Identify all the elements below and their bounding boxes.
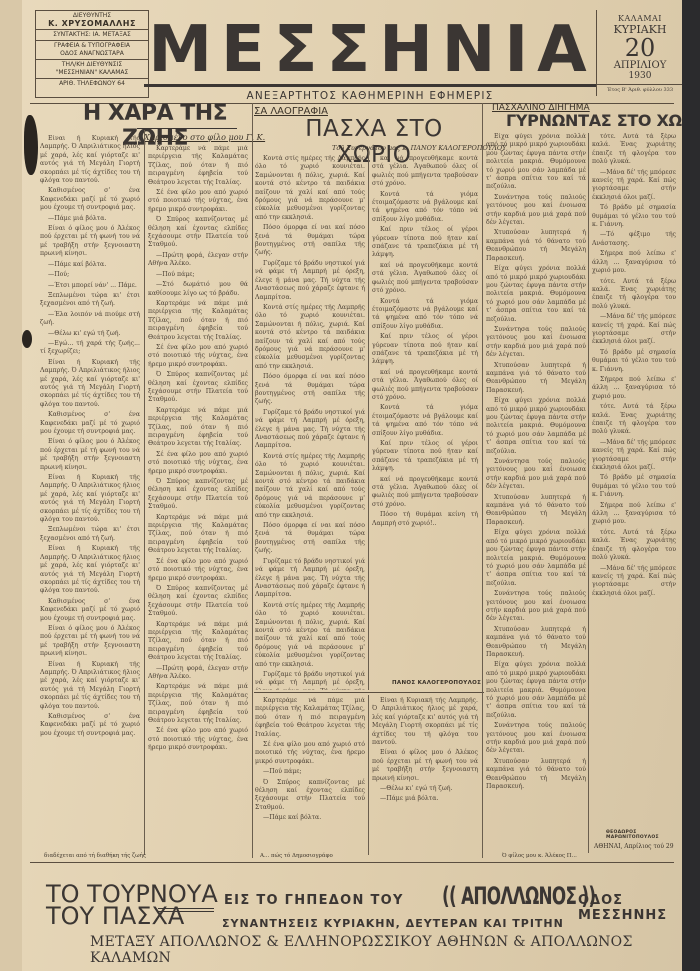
article-column: τότε. Αυτά τά ξέρω καλά. Ένας χωριάτης έ…: [592, 133, 676, 813]
paragraph: Είχα φύγει χρόνια πολλά από τό μικρό μικ…: [486, 133, 586, 192]
paragraph: Καθισμένος σ' ένα Καφενεδάκι μαζί μέ τό …: [40, 598, 140, 623]
article-column: Κοντά στίς ημέρες τής Λαμπρής όλο τό χωρ…: [255, 155, 365, 690]
paragraph: τότε. Αυτά τά ξέρω καλά. Ένας χωριάτης έ…: [592, 529, 676, 563]
paragraph: Σέ ένα φίλο μου από χωριό στό ποιοτικό τ…: [148, 344, 248, 369]
year: 1930: [597, 71, 682, 81]
paragraph: Καρτεράμε νά πάμε μιά περιέργεια τής Καλ…: [148, 683, 248, 725]
continuation-footer: διαδέχεται από τή διαθήκη τής ζωής: [44, 853, 146, 859]
paragraph: Σέ ένα φίλο μου από χωριό στό ποιοτικό τ…: [148, 189, 248, 214]
paragraph: Ό Σπύρος καπνίζοντας μέ θέληση καί έχοντ…: [148, 216, 248, 250]
paragraph: —Πού;: [40, 271, 140, 279]
paragraph: Σήμερα πού λείπω ε' άλλη ... ξαναγύρισα …: [592, 502, 676, 527]
paragraph: καί νά προγευθήκαμε κοντά στά γέλια. Άγα…: [372, 262, 478, 296]
title-rule: [137, 128, 237, 129]
month: ΑΠΡΙΛΙΟΥ: [597, 60, 682, 71]
paragraph: Πόσο όμορφα εί ναι καί πόσο ξενά τά θυμά…: [255, 373, 365, 407]
paragraph: Χτυπούσαν λυπητερά ή καμπάνα γιά τό θάνα…: [486, 362, 586, 396]
ad-street: ΟΔΟΣ ΜΕΣΣΗΝΗΣ: [578, 893, 682, 923]
dateline: ΑΘΗΝΑΙ, Απρίλιος τού 29: [594, 843, 674, 850]
column-rule: [368, 150, 369, 690]
paragraph: Πόσο όμορφα εί ναι καί πόσο ξενά τά θυμά…: [255, 224, 365, 258]
paragraph: Τό βράδυ μέ σημασία θυμάμαι τό γέλιο του…: [592, 204, 676, 229]
paragraph: Κοντά στίς ημέρες τής Λαμπρής όλο τό χωρ…: [255, 453, 365, 520]
paragraph: —Πού πάμε;: [148, 271, 248, 279]
paragraph: καί νά προγευθήκαμε κοντά στά γέλια. Άγα…: [372, 155, 478, 189]
paragraph: Καθισμένος σ' ένα Καφενεδάκι μαζί μέ τό …: [40, 713, 140, 738]
paragraph: Καρτεράμε νά πάμε μιά περιέργεια τής Καλ…: [148, 621, 248, 663]
paragraph: —Τό φέξιμο τής Ανάστασης.: [592, 231, 676, 248]
paragraph: Συνάντησα τούς παλιούς γειτόνους μου καί…: [486, 722, 586, 756]
paragraph: Συνάντησα τούς παλιούς γειτόνους μου καί…: [486, 326, 586, 360]
paragraph: —Έλα λοιπόν νά πιούμε στή ζωή.: [40, 311, 140, 328]
paragraph: Σέ ένα φίλο μου από χωριό στό ποιοτικό τ…: [255, 741, 365, 766]
paragraph: —Μάνα δέ' τής μπόρεσε κανείς τή χαρά. Κα…: [592, 439, 676, 473]
paragraph: Καί πριν τέλος οί γέροι γύρευαν τίποτα π…: [372, 226, 478, 260]
paragraph: Σήμερα πού λείπω ε' άλλη ... ξαναγύρισα …: [592, 376, 676, 401]
telegraph-label: ΤΗΛ/ΚΗ ΔΙΕΥΘΥΝΣΙΣ: [36, 61, 148, 69]
paragraph: Καρτεράμε νά πάμε μιά περιέργεια τής Καλ…: [255, 697, 365, 739]
article-divider: [254, 692, 484, 693]
paragraph: Καρτεράμε νά πάμε μιά περιέργεια τής Καλ…: [148, 407, 248, 449]
offices-street: ΟΔΟΣ ΑΝΑΓΝΩΣΤΑΡΑ: [36, 50, 148, 58]
paragraph: Είναι ή Κυριακή τής Λαμπρής. Ό Απριλιάτι…: [40, 661, 140, 711]
paragraph: —Πρώτη φορά, έλεγαν στήν Αθήνα Άλέκο.: [148, 252, 248, 269]
article-column: Είχα φύγει χρόνια πολλά από τό μικρό μικ…: [486, 133, 586, 833]
paragraph: Γυρίζαμε τό βράδυ νηστικοί γιά νά φάμε τ…: [255, 260, 365, 302]
paragraph: Ξεπλωμένοι τώρα κι' έτσι ξεχασμένοι από …: [40, 292, 140, 309]
ad-club-name: (( ΑΠΟΛΛΩΝΟΣ )): [442, 882, 595, 910]
paragraph: Κοντά στίς ημέρες τής Λαμπρής όλο τό χωρ…: [255, 155, 365, 222]
article-column: Καρτεράμε νά πάμε μιά περιέργεια τής Καλ…: [148, 145, 248, 855]
paragraph: Είχα φύγει χρόνια πολλά από τό μικρό μικ…: [486, 397, 586, 456]
article-column: Είναι ή Κυριακή τής Λαμπρής. Ό Απριλιάτι…: [40, 135, 140, 855]
paragraph: Κοντά τά γιόμα έτοιμαζόμαστε νά βγάλουμε…: [372, 191, 478, 225]
ad-headline: ΤΟ ΤΟΥΡΝΟΥΑ ΤΟΥ ΠΑΣΧΑ: [46, 883, 218, 927]
paragraph: Καθισμένος σ' ένα Καφενεδάκι μαζί μέ τό …: [40, 411, 140, 436]
paragraph: Καί πριν τέλος οί γέροι γύρευαν τίποτα π…: [372, 440, 478, 474]
ink-stain: [22, 330, 32, 348]
paragraph: Είναι ό φίλος μου ό Άλέκος πού έρχεται μ…: [40, 438, 140, 472]
masthead-date-box: ΚΑΛΑΜΑΙ ΚΥΡΙΑΚΗ 20 ΑΠΡΙΛΙΟΥ 1930 Έτος Β'…: [596, 10, 682, 96]
paragraph: τότε. Αυτά τά ξέρω καλά. Ένας χωριάτης έ…: [592, 403, 676, 437]
paragraph: Είναι ή Κυριακή τής Λαμπρής. Ό Απριλιάτι…: [372, 697, 478, 747]
day-number: 20: [597, 36, 682, 60]
paragraph: Συνάντησα τούς παλιούς γειτόνους μου καί…: [486, 194, 586, 228]
page-margin: [0, 0, 22, 971]
paragraph: Κοντά στίς ημέρες τής Λαμπρής όλο τό χωρ…: [255, 602, 365, 669]
paragraph: —Πάμε μιά βόλτα.: [40, 215, 140, 223]
paragraph: Τό βράδυ μέ σημασία θυμάμαι τό γέλιο του…: [592, 349, 676, 374]
ad-schedule: ΣΥΝΑΝΤΗΣΕΙΣ ΚΥΡΙΑΚΗΝ, ΔΕΥΤΕΡΑΝ ΚΑΙ ΤΡΙΤΗ…: [222, 917, 564, 930]
paragraph: Χτυπούσαν λυπητερά ή καμπάνα γιά τό θάνα…: [486, 494, 586, 528]
paragraph: Είναι ό φίλος μου ό Άλέκος πού έρχεται μ…: [372, 749, 478, 783]
paragraph: —Μάνα δέ' τής μπόρεσε κανείς τή χαρά. Κα…: [592, 313, 676, 347]
paragraph: Ό Σπύρος καπνίζοντας μέ θέληση καί έχοντ…: [148, 371, 248, 405]
ad-teams: ΜΕΤΑΞΥ ΑΠΟΛΛΩΝΟΣ & ΕΛΛΗΝΟΡΩΣΣΙΚΟΥ ΑΘΗΝΩΝ…: [90, 934, 682, 966]
column-rule: [368, 695, 369, 855]
paragraph: Σέ ένα φίλο μου από χωριό στό ποιοτικό τ…: [148, 558, 248, 583]
continuation-column: Καρτεράμε νά πάμε μιά περιέργεια τής Καλ…: [255, 697, 365, 852]
ad-rule: [158, 911, 214, 912]
paragraph: Τό βράδυ μέ σημασία θυμάμαι τό γέλιο του…: [592, 474, 676, 499]
continuation-footer: Ό φίλος μου κ. Άλέκος Π...: [502, 853, 577, 859]
column-rule: [252, 103, 253, 858]
editor-name: ΣΥΝΤΑΚΤΗΣ: ΙΑ. ΜΕΤΑΞΑΣ: [36, 30, 148, 41]
paragraph: Είχα φύγει χρόνια πολλά από τό μικρό μικ…: [486, 661, 586, 720]
paragraph: Καρτεράμε νά πάμε μιά περιέργεια τής Καλ…: [148, 145, 248, 187]
city: ΚΑΛΑΜΑΙ: [597, 14, 682, 23]
column-rule: [144, 130, 145, 855]
paragraph: Ξεπλωμένοι τώρα κι' έτσι ξεχασμένοι από …: [40, 526, 140, 543]
paragraph: —Θέλω κι' εγώ τή ζωή.: [40, 330, 140, 338]
paragraph: Ό Σπύρος καπνίζοντας μέ θέληση καί έχοντ…: [148, 585, 248, 619]
paragraph: —Στό δωμάτιό μου θά καθίσουμε λίγο ως τό…: [148, 281, 248, 298]
director-name: Κ. ΧΡΥΣΟΜΑΛΛΗΣ: [36, 20, 148, 28]
article-column: καί νά προγευθήκαμε κοντά στά γέλια. Άγα…: [372, 155, 478, 655]
paragraph: Σέ ένα φίλο μου από χωριό στό ποιοτικό τ…: [148, 727, 248, 752]
ad-rule: [158, 908, 214, 909]
newspaper-page: ΔΙΕΥΘΥΝΤΗΣ Κ. ΧΡΥΣΟΜΑΛΛΗΣ ΣΥΝΤΑΚΤΗΣ: ΙΑ.…: [22, 0, 682, 971]
column-rule: [588, 133, 589, 853]
paragraph: Κοντά στίς ημέρες τής Λαμπρής όλο τό χωρ…: [255, 304, 365, 371]
author-signature: ΠΑΝΟΣ ΚΑΛΟΓΕΡΟΠΟΥΛΟΣ: [392, 680, 481, 686]
paragraph: Συνάντησα τούς παλιούς γειτόνους μου καί…: [486, 590, 586, 624]
paragraph: Χτυπούσαν λυπητερά ή καμπάνα γιά τό θάνα…: [486, 758, 586, 792]
paragraph: καί νά προγευθήκαμε κοντά στά γέλια. Άγα…: [372, 369, 478, 403]
masthead-title-box: ΜΕΣΣΗΝΙΑ ΑΝΕΞΑΡΤΗΤΟΣ ΚΑΘΗΜΕΡΙΝΗ ΕΦΗΜΕΡΙΣ: [138, 14, 608, 100]
masthead-info-box: ΔΙΕΥΘΥΝΤΗΣ Κ. ΧΡΥΣΟΜΑΛΛΗΣ ΣΥΝΤΑΚΤΗΣ: ΙΑ.…: [35, 10, 149, 98]
paragraph: καί νά προγευθήκαμε κοντά στά γέλια. Άγα…: [372, 476, 478, 510]
paragraph: Είχα φύγει χρόνια πολλά από τό μικρό μικ…: [486, 265, 586, 324]
paragraph: —Έτσι μπορεί νάν' ... Πάμε.: [40, 282, 140, 290]
paragraph: —Θέλω κι' εγώ τή ζωή.: [372, 785, 478, 793]
paragraph: Χτυπούσαν λυπητερά ή καμπάνα γιά τό θάνα…: [486, 229, 586, 263]
paragraph: Σέ ένα φίλο μου από χωριό στό ποιοτικό τ…: [148, 451, 248, 476]
paragraph: Γυρίζαμε τό βράδυ νηστικοί γιά νά φάμε τ…: [255, 409, 365, 451]
paragraph: Κοντά τά γιόμα έτοιμαζόμαστε νά βγάλουμε…: [372, 298, 478, 332]
paragraph: Είναι ή Κυριακή τής Λαμπρής. Ό Απριλιάτι…: [40, 545, 140, 595]
paragraph: Πόσο τή θυμάμαι κείνη τή Λαμπρή στό χωρι…: [372, 511, 478, 528]
author-signature: ΘΕΟΔΩΡΟΣ ΜΑΡΩΝΙΤΟΠΟΥΛΟΣ: [606, 830, 682, 840]
paragraph: Ό Σπύρος καπνίζοντας μέ θέληση καί έχοντ…: [148, 478, 248, 512]
newspaper-title: ΜΕΣΣΗΝΙΑ: [144, 18, 600, 82]
paragraph: Πόσο όμορφα εί ναι καί πόσο ξενά τά θυμά…: [255, 522, 365, 556]
paragraph: Κοντά τά γιόμα έτοιμαζόμαστε νά βγάλουμε…: [372, 404, 478, 438]
paragraph: —Πάμε καί βόλτα.: [40, 261, 140, 269]
continuation-column: Είναι ή Κυριακή τής Λαμπρής. Ό Απριλιάτι…: [372, 697, 478, 852]
paragraph: Σήμερα πού λείπω ε' άλλη ... ξαναγύρισα …: [592, 250, 676, 275]
paragraph: Ό Σπύρος καπνίζοντας μέ θέληση καί έχοντ…: [255, 779, 365, 813]
paragraph: —Πάμε μιά βόλτα.: [372, 795, 478, 803]
article-title-returning-to-village: ΓΥΡΝΩΝΤΑΣ ΣΤΟ ΧΩΡΙΟ: [506, 111, 682, 130]
paragraph: Καί πριν τέλος οί γέροι γύρευαν τίποτα π…: [372, 333, 478, 367]
column-rule: [482, 103, 483, 858]
paragraph: —Μάνα δέ' τής μπόρεσε κανείς τή χαρά. Κα…: [592, 169, 676, 203]
ad-venue-label: ΕΙΣ ΤΟ ΓΗΠΕΔΟΝ ΤΟΥ: [224, 893, 404, 908]
offices-label: ΓΡΑΦΕΙΑ & ΤΥΠΟΓΡΑΦΕΙΑ: [36, 42, 148, 50]
issue-number: Έτος Β' Άριθ. φύλλου 333: [597, 84, 682, 93]
paragraph: —Εγώ... τή χαρά τής ζωής... τί ξεχωρίζει…: [40, 340, 140, 357]
paragraph: τότε. Αυτά τά ξέρω καλά. Ένας χωριάτης έ…: [592, 133, 676, 167]
paragraph: Καρτεράμε νά πάμε μιά περιέργεια τής Καλ…: [148, 300, 248, 342]
paragraph: Είναι ή Κυριακή τής Λαμπρής. Ό Απριλιάτι…: [40, 474, 140, 524]
paragraph: Είναι ό φίλος μου ό Άλέκος πού έρχεται μ…: [40, 625, 140, 659]
phone-number: ΑΡΙΘ. ΤΗΛΕΦΩΝΟΥ 64: [36, 79, 148, 89]
paragraph: —Πρώτη φορά, έλεγαν στήν Αθήνα Άλέκο.: [148, 665, 248, 682]
paragraph: Συνάντησα τούς παλιούς γειτόνους μου καί…: [486, 458, 586, 492]
paragraph: Καθισμένος σ' ένα Καφενεδάκι μαζί μέ τό …: [40, 187, 140, 212]
paragraph: τότε. Αυτά τά ξέρω καλά. Ένας χωριάτης έ…: [592, 278, 676, 312]
paragraph: Καρτεράμε νά πάμε μιά περιέργεια τής Καλ…: [148, 514, 248, 556]
paragraph: Γυρίζαμε τό βράδυ νηστικοί γιά νά φάμε τ…: [255, 558, 365, 600]
paragraph: —Πάμε καί βόλτα.: [255, 814, 365, 822]
paragraph: Γυρίζαμε τό βράδυ νηστικοί γιά νά φάμε τ…: [255, 671, 365, 690]
title-underline: [144, 84, 596, 87]
paragraph: —Μάνα δέ' τής μπόρεσε κανείς τή χαρά. Κα…: [592, 565, 676, 599]
paragraph: Είχα φύγει χρόνια πολλά από τό μικρό μικ…: [486, 529, 586, 588]
telegraph-address: "ΜΕΣΣΗΝΙΑΝ" ΚΑΛΑΜΑΣ: [36, 69, 148, 77]
ink-stain: [24, 115, 38, 175]
paragraph: Χτυπούσαν λυπητερά ή καμπάνα γιά τό θάνα…: [486, 626, 586, 660]
scan-background: [682, 0, 700, 971]
article-dedication: Χαρισμένο στο φίλο μου Γ. Κ.: [144, 133, 265, 142]
paragraph: —Πού πάμε;: [255, 768, 365, 776]
paragraph: Είναι ή Κυριακή τής Λαμπρής. Ό Απριλιάτι…: [40, 135, 140, 185]
ad-divider: [30, 862, 674, 863]
paragraph: Είναι ή Κυριακή τής Λαμπρής. Ό Απριλιάτι…: [40, 359, 140, 409]
article-byline: Τοῦ Συνεργάτου μας κ. ΠΑΝΟΥ ΚΑΛΟΓΕΡΟΠΟΥΛ…: [332, 144, 506, 152]
paragraph: Είναι ό φίλος μου ό Άλέκος πού έρχεται μ…: [40, 225, 140, 259]
continuation-footer: Α... πώς τό Δημοσιογράφο: [260, 853, 333, 859]
